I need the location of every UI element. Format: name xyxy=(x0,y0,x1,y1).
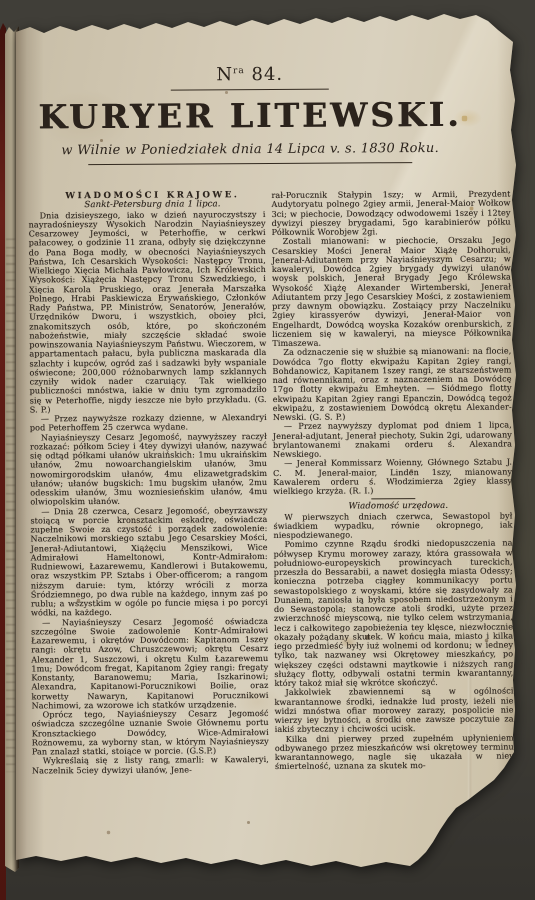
article-paragraph: — Jenerał Kommissarz Woienny, Głównego S… xyxy=(273,458,512,496)
article-paragraph: — Przez naywyższe rozkazy dzienne, w Ale… xyxy=(30,413,267,433)
page-content: Nra 84. KURYER LITEWSKI. w Wilnie w Poni… xyxy=(13,0,519,900)
article-paragraph: Dnia dzisieyszego, iako w dzień nayurocz… xyxy=(29,209,267,414)
article-paragraph: Wykreślaią się z listy rang zmarli: w Ka… xyxy=(32,755,269,775)
masthead-dateline: w Wilnie w Poniedziałek dnia 14 Lipca v.… xyxy=(14,141,486,159)
masthead-rule-bottom xyxy=(88,162,412,165)
article-paragraph: Za odznaczenie się w służbie są mianowan… xyxy=(272,347,511,422)
newspaper-title: KURYER LITEWSKI. xyxy=(14,95,486,137)
issue-number: Nra 84. xyxy=(14,63,486,87)
paper-specks xyxy=(16,0,17,1)
right-column: rał-Porucznik Stałypin 1szy; w Armii, Pr… xyxy=(271,190,514,772)
article-paragraph: W pierwszych dniach czerwca, Sewastopol … xyxy=(273,511,512,540)
newspaper-page-wrap: Nra 84. KURYER LITEWSKI. w Wilnie w Poni… xyxy=(0,0,535,900)
article-paragraph: Nayiaśnieyszy Cesarz Jegomość, naywyższe… xyxy=(30,431,267,506)
article-paragraph: Zostali mianowani: w piechocie, Orszaku … xyxy=(272,236,512,348)
article-paragraph: rał-Porucznik Stałypin 1szy; w Armii, Pr… xyxy=(271,190,510,238)
article-paragraph: Oprócz tego, Nayiaśnieyszy Cesarz Jegomo… xyxy=(32,709,269,757)
subsection-rule xyxy=(371,498,415,499)
article-paragraph: Pomimo czynne Rządu środki niedopuszczen… xyxy=(274,539,514,688)
left-column: WIADOMOŚCI KRAJOWE. Sankt-Petersburg dni… xyxy=(28,191,269,775)
masthead-rule-top xyxy=(171,89,329,91)
scanned-newspaper-view: Nra 84. KURYER LITEWSKI. w Wilnie w Poni… xyxy=(0,0,535,900)
article-paragraph: Jakkolwiek zbawiennemi są w ogólności kw… xyxy=(274,687,513,735)
article-paragraph: — Przez naywyższy dyplomat pod dniem 1 l… xyxy=(273,421,512,459)
article-paragraph: Kilka dni pierwey przed zupełném upłynie… xyxy=(275,733,514,771)
masthead: Nra 84. KURYER LITEWSKI. w Wilnie w Poni… xyxy=(14,63,487,166)
article-paragraph: — Dnia 28 czerwca, Cesarz Jegomość, obey… xyxy=(30,505,268,617)
newspaper-page: Nra 84. KURYER LITEWSKI. w Wilnie w Poni… xyxy=(16,0,517,900)
article-paragraph: — Nayiaśnieyszy Cesarz Jegomość oświadcz… xyxy=(31,616,269,710)
